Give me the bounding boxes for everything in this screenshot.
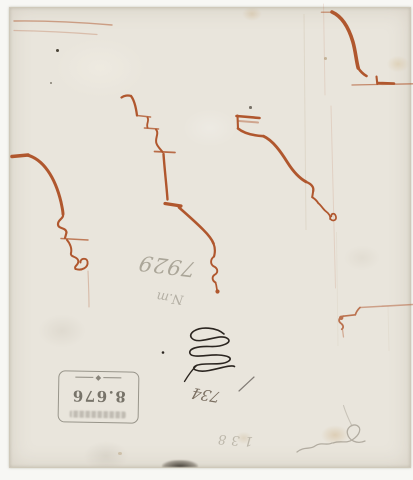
ink-speck [249,106,252,109]
ink-speck [56,49,59,52]
ink-paraph-scribble [162,328,254,391]
cornice-profile-sketch-top-left-lines [14,21,112,35]
bottom-edge-smudge [162,460,198,467]
foxing-speck [118,452,122,455]
collection-stamp: 8.676 [58,370,140,423]
cornice-profile-sketch-right-small [339,305,413,338]
cornice-profile-sketch-left [12,155,89,307]
stamp-number: 8.676 [65,387,132,403]
cornice-profile-sketch-center-right [237,106,337,288]
cornice-profile-sketch-top-right [322,4,413,95]
foxing-speck [324,57,327,60]
ink-speck [50,82,52,84]
artwork-photo: 7929 N.m 734 138 8.676 [0,0,413,480]
stamp-illegible-word [70,411,126,419]
paper-crease-lines [304,14,389,351]
graphite-scrawl [297,406,365,453]
stamp-ornament-rule [76,376,122,381]
